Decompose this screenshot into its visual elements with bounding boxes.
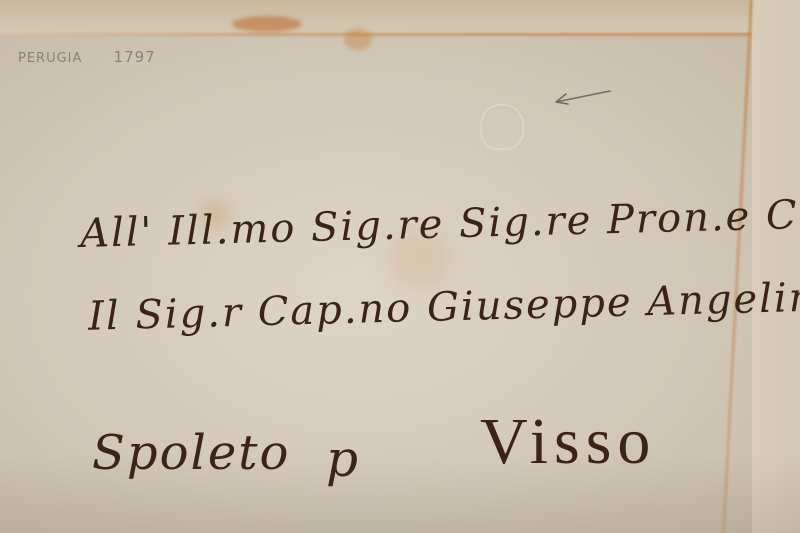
stain: [344, 28, 372, 50]
arrow-left-icon: [552, 88, 612, 108]
stain: [232, 16, 302, 32]
archive-year: 1797: [114, 48, 156, 66]
address-line-2: Il Sig.r Cap.no Giuseppe Angelini: [88, 274, 800, 339]
fold-crease: [0, 33, 752, 36]
top-fold: [0, 0, 800, 36]
archive-pencil-label: PERUGIA 1797: [18, 48, 156, 66]
archive-place: PERUGIA: [18, 51, 82, 66]
vignette: [0, 453, 800, 533]
document-photo: PERUGIA 1797 All' Ill.mo Sig.re Sig.re P…: [0, 0, 800, 533]
address-line-1: All' Ill.mo Sig.re Sig.re Pron.e Col.mo: [80, 189, 800, 257]
watermark-icon: [480, 104, 524, 150]
